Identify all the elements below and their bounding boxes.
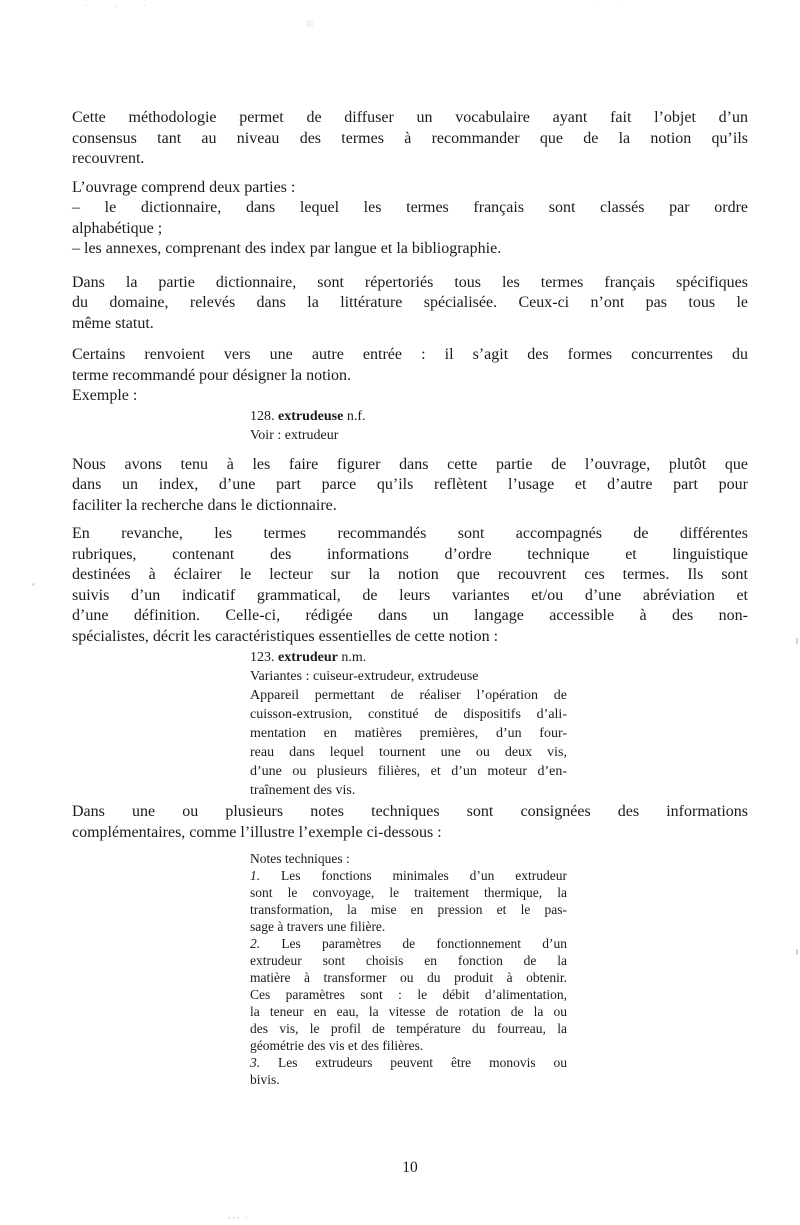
text-line: bivis. xyxy=(250,1071,567,1088)
text-segment: Les extrudeurs peuvent être monovis ou xyxy=(260,1055,567,1070)
paragraph-figurer-index: Nous avons tenu à les faire figurer dans… xyxy=(72,455,748,517)
text-line: traînement des vis. xyxy=(250,781,567,800)
dictionary-entry-extrudeuse: 128. extrudeuse n.f.Voir : extrudeur xyxy=(250,407,567,445)
text-line: reau dans lequel tournent une ou deux vi… xyxy=(250,743,567,762)
text-line: En revanche, les termes recommandés sont… xyxy=(72,524,748,545)
text-segment: 128. xyxy=(250,409,278,424)
text-line: 3. Les extrudeurs peuvent être monovis o… xyxy=(250,1054,567,1071)
text-line: 123. extrudeur n.m. xyxy=(250,648,567,667)
text-line: même statut. xyxy=(72,314,748,335)
text-line: Certains renvoient vers une autre entrée… xyxy=(72,345,748,366)
note-number-italic: 1. xyxy=(250,868,260,883)
text-line: Dans la partie dictionnaire, sont répert… xyxy=(72,273,748,294)
text-line: Nous avons tenu à les faire figurer dans… xyxy=(72,455,748,476)
text-line: 2. Les paramètres de fonctionnement d’un xyxy=(250,935,567,952)
text-line: cuisson-extrusion, constitué de disposit… xyxy=(250,705,567,724)
text-line: 128. extrudeuse n.f. xyxy=(250,407,567,426)
paragraph-rubriques: En revanche, les termes recommandés sont… xyxy=(72,524,748,647)
text-line: des vis, le profil de température du fou… xyxy=(250,1020,567,1037)
text-line: transformation, la mise en pression et l… xyxy=(250,901,567,918)
text-line: Appareil permettant de réaliser l’opérat… xyxy=(250,686,567,705)
text-line: mentation en matières premières, d’un fo… xyxy=(250,724,567,743)
paragraph-partie-dictionnaire: Dans la partie dictionnaire, sont répert… xyxy=(72,273,748,335)
text-line: complémentaires, comme l’illustre l’exem… xyxy=(72,823,748,844)
document-page: ‒ ‥ ‐ ‥ ‥ ▪▪▪ ▫ Cette méthodologie perme… xyxy=(0,0,800,1225)
entry-term-bold: extrudeuse xyxy=(278,409,343,424)
text-line: matière à transformer ou du produit à ob… xyxy=(250,969,567,986)
page-number: 10 xyxy=(72,1158,748,1178)
text-segment: 123. xyxy=(250,650,278,665)
text-line: du domaine, relevés dans la littérature … xyxy=(72,293,748,314)
text-line: la teneur en eau, la vitesse de rotation… xyxy=(250,1003,567,1020)
text-line: terme recommandé pour désigner la notion… xyxy=(72,366,748,387)
text-line: dans un index, d’une part parce qu’ils r… xyxy=(72,475,748,496)
text-line: extrudeur sont choisis en fonction de la xyxy=(250,952,567,969)
scan-artifact: ▪▪▪ ▫ xyxy=(228,1214,250,1222)
text-line: d’une ou plusieurs filières, et d’un mot… xyxy=(250,762,567,781)
text-line: spécialistes, décrit les caractéristique… xyxy=(72,627,748,648)
paragraph-ouvrage-parties: L’ouvrage comprend deux parties :– le di… xyxy=(72,178,748,260)
text-line: géométrie des vis et des filières. xyxy=(250,1037,567,1054)
text-line: destinées à éclairer le lecteur sur la n… xyxy=(72,565,748,586)
text-segment: n.m. xyxy=(338,650,366,665)
text-line: consensus tant au niveau des termes à re… xyxy=(72,129,748,150)
entry-term-bold: extrudeur xyxy=(278,650,338,665)
text-line: Notes techniques : xyxy=(250,850,567,867)
paragraph-notes-intro: Dans une ou plusieurs notes techniques s… xyxy=(72,802,748,843)
paragraph-renvois-exemple: Certains renvoient vers une autre entrée… xyxy=(72,345,748,407)
text-segment: Les fonctions minimales d’un extrudeur xyxy=(260,868,567,883)
page-content: Cette méthodologie permet de diffuser un… xyxy=(0,0,800,1178)
text-line: rubriques, contenant des informations d’… xyxy=(72,545,748,566)
notes-techniques-block: Notes techniques :1. Les fonctions minim… xyxy=(250,850,567,1088)
text-line: 1. Les fonctions minimales d’un extrudeu… xyxy=(250,867,567,884)
text-segment: Les paramètres de fonctionnement d’un xyxy=(260,936,567,951)
text-line: Cette méthodologie permet de diffuser un… xyxy=(72,108,748,129)
text-line: alphabétique ; xyxy=(72,219,748,240)
note-number-italic: 3. xyxy=(250,1055,260,1070)
dictionary-entry-extrudeur: 123. extrudeur n.m.Variantes : cuiseur-e… xyxy=(250,648,567,800)
text-line: L’ouvrage comprend deux parties : xyxy=(72,178,748,199)
text-segment: n.f. xyxy=(343,409,365,424)
text-line: – le dictionnaire, dans lequel les terme… xyxy=(72,198,748,219)
text-line: Exemple : xyxy=(72,386,748,407)
text-line: sont le convoyage, le traitement thermiq… xyxy=(250,884,567,901)
text-line: Variantes : cuiseur-extrudeur, extrudeus… xyxy=(250,667,567,686)
text-line: Voir : extrudeur xyxy=(250,426,567,445)
text-line: recouvrent. xyxy=(72,149,748,170)
text-line: suivis d’un indicatif grammatical, de le… xyxy=(72,586,748,607)
text-line: faciliter la recherche dans le dictionna… xyxy=(72,496,748,517)
text-line: – les annexes, comprenant des index par … xyxy=(72,239,748,260)
note-number-italic: 2. xyxy=(250,936,260,951)
text-line: Dans une ou plusieurs notes techniques s… xyxy=(72,802,748,823)
text-line: sage à travers une filière. xyxy=(250,918,567,935)
text-line: Ces paramètres sont : le débit d’aliment… xyxy=(250,986,567,1003)
paragraph-methodologie: Cette méthodologie permet de diffuser un… xyxy=(72,108,748,170)
text-line: d’une définition. Celle-ci, rédigée dans… xyxy=(72,606,748,627)
